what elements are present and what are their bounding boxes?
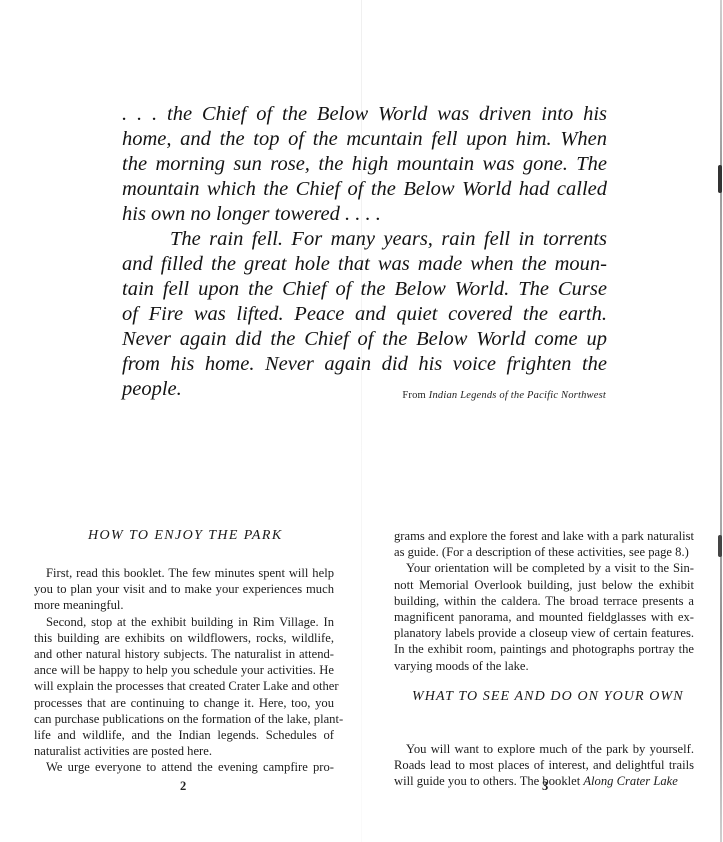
body-line: processes that are continuing to change …	[34, 695, 334, 711]
body-line: ance will be happy to help you schedule …	[34, 662, 334, 678]
right-page-body: grams and explore the forest and lake wi…	[394, 528, 694, 674]
body-line: We urge everyone to attend the evening c…	[34, 759, 334, 775]
body-line: naturalist activities are posted here.	[34, 743, 334, 759]
quote-line: Never again did the Chief of the Below W…	[122, 327, 607, 352]
attribution-prefix: From	[402, 390, 426, 401]
quote-line: tain fell upon the Chief of the Below Wo…	[122, 277, 607, 302]
body-line: nott Memorial Overlook building, just be…	[394, 577, 694, 593]
body-line: magnificent panorama, and mounted fieldg…	[394, 609, 694, 625]
body-line: Roads lead to most places of interest, a…	[394, 757, 694, 773]
page-number-left: 2	[180, 779, 186, 794]
body-line: Your orientation will be completed by a …	[394, 560, 694, 576]
quote-line: The rain fell. For many years, rain fell…	[122, 227, 607, 252]
body-line: this building are exhibits on wildflower…	[34, 630, 334, 646]
quote-attribution: From Indian Legends of the Pacific North…	[386, 390, 606, 401]
body-line: In the exhibit room, paintings and photo…	[394, 641, 694, 657]
legend-quotation: . . . the Chief of the Below World was d…	[122, 102, 607, 402]
quote-line: home, and the top of the mcuntain fell u…	[122, 127, 607, 152]
left-page-body: First, read this booklet. The few minute…	[34, 565, 334, 776]
quote-line: . . . the Chief of the Below World was d…	[122, 102, 607, 127]
body-line: will explain the processes that created …	[34, 678, 334, 694]
body-line: building, within the caldera. The broad …	[394, 593, 694, 609]
section-heading-what-to-see: WHAT TO SEE AND DO ON YOUR OWN	[412, 689, 684, 705]
attribution-source-title: Indian Legends of the Pacific Northwest	[429, 390, 606, 401]
page-edge-mark	[718, 535, 722, 557]
page-number-right: 3	[542, 779, 548, 794]
body-line: as guide. (For a description of these ac…	[394, 544, 694, 560]
quote-line: the morning sun rose, the high mountain …	[122, 152, 607, 177]
quote-line: of Fire was lifted. Peace and quiet cove…	[122, 302, 607, 327]
body-line: Second, stop at the exhibit building in …	[34, 614, 334, 630]
body-line: grams and explore the forest and lake wi…	[394, 528, 694, 544]
page-edge	[720, 0, 722, 842]
page-edge-mark	[718, 165, 722, 193]
body-line: and other natural history subjects. The …	[34, 646, 334, 662]
quote-line: mountain which the Chief of the Below Wo…	[122, 177, 607, 202]
body-line: First, read this booklet. The few minute…	[34, 565, 334, 581]
body-line: varying moods of the lake.	[394, 658, 694, 674]
booklet-title: Along Crater Lake	[583, 774, 677, 788]
body-text: will guide you to others. The booklet	[394, 774, 580, 788]
body-line: planatory labels provide a closeup view …	[394, 625, 694, 641]
quote-line: from his home. Never again did his voice…	[122, 352, 607, 377]
section-heading-how-to-enjoy: HOW TO ENJOY THE PARK	[88, 528, 283, 544]
body-line: life and wildlife, and the Indian legend…	[34, 727, 334, 743]
quote-line: his own no longer towered . . . .	[122, 202, 607, 227]
body-line: you to plan your visit and to make your …	[34, 581, 334, 597]
body-line: You will want to explore much of the par…	[394, 741, 694, 757]
quote-line: and filled the great hole that was made …	[122, 252, 607, 277]
body-line: can purchase publications on the formati…	[34, 711, 334, 727]
body-line: more meaningful.	[34, 597, 334, 613]
